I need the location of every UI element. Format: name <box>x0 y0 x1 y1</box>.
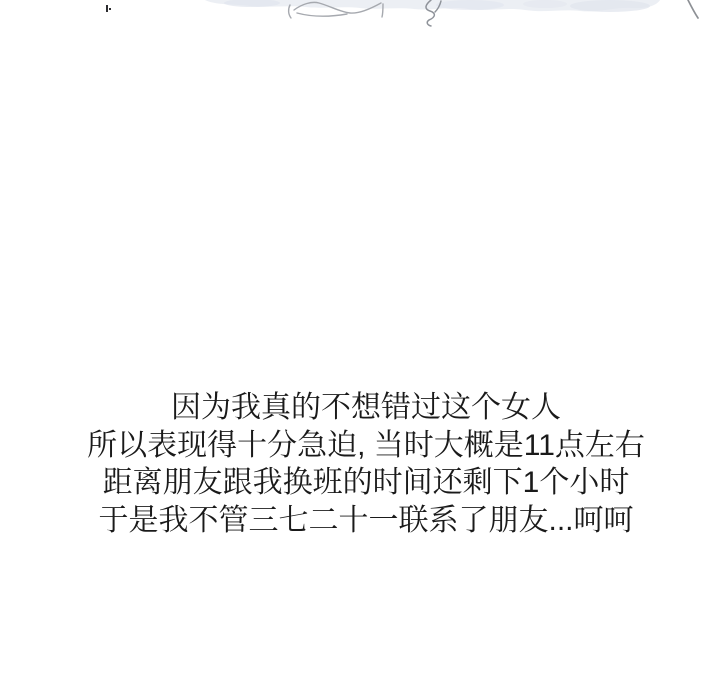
collar-lower-curve <box>297 13 347 16</box>
comic-page: 因为我真的不想错过这个女人 所以表现得十分急迫, 当时大概是11点左右 距离朋友… <box>0 0 720 700</box>
dialogue-caption: 因为我真的不想错过这个女人 所以表现得十分急迫, 当时大概是11点左右 距离朋友… <box>0 389 720 539</box>
dialogue-line: 所以表现得十分急迫, 当时大概是11点左右 <box>12 427 720 465</box>
shade-smudge <box>570 0 650 12</box>
shade-smudge <box>523 0 567 8</box>
collar-left-stroke <box>289 5 291 18</box>
stray-mark-bar <box>106 5 108 12</box>
dialogue-line: 于是我不管三七二十一联系了朋友...呵呵 <box>12 502 720 540</box>
dialogue-line: 因为我真的不想错过这个女人 <box>12 389 720 427</box>
panel-artwork-remnant <box>0 0 720 48</box>
dialogue-line: 距离朋友跟我换班的时间还剩下1个小时 <box>12 464 720 502</box>
shade-smudge <box>436 0 504 10</box>
stray-mark <box>106 5 111 12</box>
hair-stroke <box>688 0 698 18</box>
stray-mark-dot <box>109 8 111 10</box>
